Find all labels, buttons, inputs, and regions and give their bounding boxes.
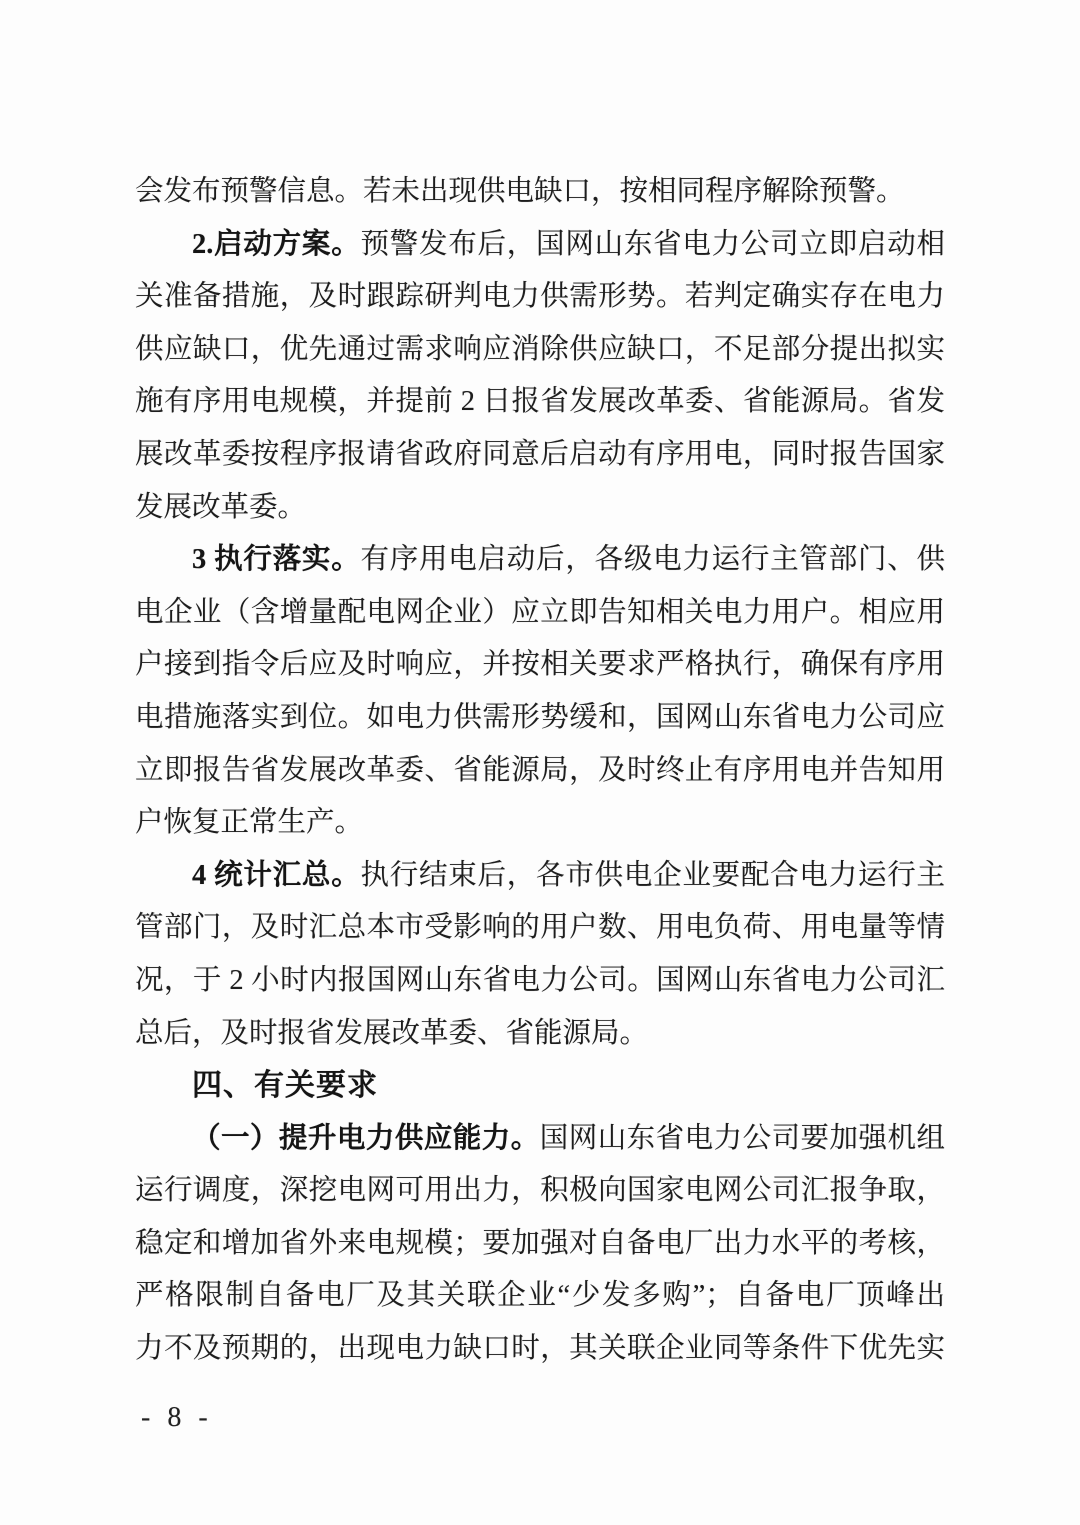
text-run: 户恢复正常生产。 xyxy=(135,807,363,838)
text-run: 关准备措施，及时跟踪研判电力供需形势。若判定确实存在电力 xyxy=(135,281,945,312)
text-run: 严格限制自备电厂及其关联企业“少发多购”；自备电厂顶峰出 xyxy=(135,1280,945,1311)
bold-text-run: （一）提升电力供应能力。 xyxy=(192,1123,540,1154)
text-run: 执行结束后，各市供电企业要配合电力运行主 xyxy=(360,860,945,891)
text-line: 户接到指令后应及时响应，并按相关要求严格执行，确保有序用 xyxy=(135,639,945,692)
text-line: 3 执行落实。有序用电启动后，各级电力运行主管部门、供 xyxy=(135,534,945,587)
page-number: - 8 - xyxy=(141,1398,213,1438)
text-line: （一）提升电力供应能力。国网山东省电力公司要加强机组 xyxy=(135,1113,945,1166)
text-line: 总后，及时报省发展改革委、省能源局。 xyxy=(135,1008,945,1061)
section-heading: 四、有关要求 xyxy=(135,1060,945,1113)
text-run: 力不及预期的，出现电力缺口时，其关联企业同等条件下优先实 xyxy=(135,1333,945,1364)
text-run: 况，于 2 小时内报国网山东省电力公司。国网山东省电力公司汇 xyxy=(135,965,945,996)
text-run: 国网山东省电力公司要加强机组 xyxy=(540,1123,945,1154)
text-run: 供应缺口，优先通过需求响应消除供应缺口，不足部分提出拟实 xyxy=(135,334,945,365)
text-line: 电措施落实到位。如电力供需形势缓和，国网山东省电力公司应 xyxy=(135,692,945,745)
document-page: 会发布预警信息。若未出现供电缺口，按相同程序解除预警。2.启动方案。预警发布后，… xyxy=(0,0,1080,1525)
text-line: 会发布预警信息。若未出现供电缺口，按相同程序解除预警。 xyxy=(135,166,945,219)
text-line: 稳定和增加省外来电规模；要加强对自备电厂出力水平的考核， xyxy=(135,1218,945,1271)
text-run: 电措施落实到位。如电力供需形势缓和，国网山东省电力公司应 xyxy=(135,702,945,733)
text-run: 稳定和增加省外来电规模；要加强对自备电厂出力水平的考核， xyxy=(135,1228,945,1259)
text-line: 户恢复正常生产。 xyxy=(135,797,945,850)
bold-text-run: 4 统计汇总。 xyxy=(192,860,360,891)
text-run: 电企业（含增量配电网企业）应立即告知相关电力用户。相应用 xyxy=(135,597,945,628)
text-run: 运行调度，深挖电网可用出力，积极向国家电网公司汇报争取， xyxy=(135,1175,945,1206)
text-line: 供应缺口，优先通过需求响应消除供应缺口，不足部分提出拟实 xyxy=(135,324,945,377)
text-line: 施有序用电规模，并提前 2 日报省发展改革委、省能源局。省发 xyxy=(135,376,945,429)
text-line: 运行调度，深挖电网可用出力，积极向国家电网公司汇报争取， xyxy=(135,1165,945,1218)
text-line: 2.启动方案。预警发布后，国网山东省电力公司立即启动相 xyxy=(135,219,945,272)
text-line: 力不及预期的，出现电力缺口时，其关联企业同等条件下优先实 xyxy=(135,1323,945,1376)
text-run: 会发布预警信息。若未出现供电缺口，按相同程序解除预警。 xyxy=(135,176,905,207)
text-line: 立即报告省发展改革委、省能源局，及时终止有序用电并告知用 xyxy=(135,745,945,798)
text-line: 4 统计汇总。执行结束后，各市供电企业要配合电力运行主 xyxy=(135,850,945,903)
bold-text-run: 3 执行落实。 xyxy=(192,544,360,575)
text-run: 总后，及时报省发展改革委、省能源局。 xyxy=(135,1018,648,1049)
text-line: 发展改革委。 xyxy=(135,482,945,535)
text-line: 电企业（含增量配电网企业）应立即告知相关电力用户。相应用 xyxy=(135,587,945,640)
text-run: 展改革委按程序报请省政府同意后启动有序用电，同时报告国家 xyxy=(135,439,945,470)
text-run: 施有序用电规模，并提前 2 日报省发展改革委、省能源局。省发 xyxy=(135,386,945,417)
text-line: 关准备措施，及时跟踪研判电力供需形势。若判定确实存在电力 xyxy=(135,271,945,324)
text-run: 发展改革委。 xyxy=(135,492,306,523)
text-line: 况，于 2 小时内报国网山东省电力公司。国网山东省电力公司汇 xyxy=(135,955,945,1008)
text-run: 有序用电启动后，各级电力运行主管部门、供 xyxy=(360,544,945,575)
text-run: 预警发布后，国网山东省电力公司立即启动相 xyxy=(360,229,945,260)
text-run: 管部门，及时汇总本市受影响的用户数、用电负荷、用电量等情 xyxy=(135,912,945,943)
text-run: 立即报告省发展改革委、省能源局，及时终止有序用电并告知用 xyxy=(135,755,945,786)
document-body-text: 会发布预警信息。若未出现供电缺口，按相同程序解除预警。2.启动方案。预警发布后，… xyxy=(135,166,945,1376)
text-line: 管部门，及时汇总本市受影响的用户数、用电负荷、用电量等情 xyxy=(135,902,945,955)
bold-text-run: 2.启动方案。 xyxy=(192,229,360,260)
bold-text-run: 四、有关要求 xyxy=(192,1069,378,1102)
text-line: 展改革委按程序报请省政府同意后启动有序用电，同时报告国家 xyxy=(135,429,945,482)
text-line: 严格限制自备电厂及其关联企业“少发多购”；自备电厂顶峰出 xyxy=(135,1270,945,1323)
text-run: 户接到指令后应及时响应，并按相关要求严格执行，确保有序用 xyxy=(135,649,945,680)
